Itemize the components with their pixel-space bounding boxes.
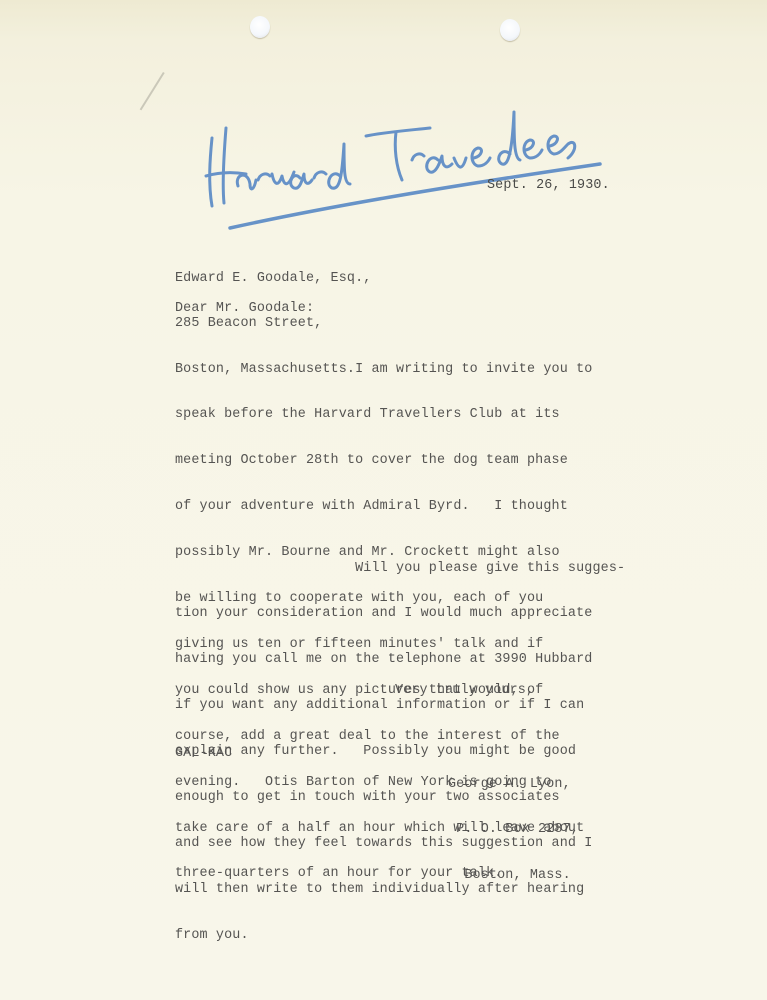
text-line: meeting October 28th to cover the dog te… — [175, 453, 592, 468]
text-line: from you. — [175, 928, 625, 943]
text-line: speak before the Harvard Travellers Club… — [175, 407, 592, 422]
letter-date: Sept. 26, 1930. — [487, 178, 610, 193]
signature-line: Boston, Mass. — [448, 868, 579, 883]
reference-initials: GAL-KAC — [175, 746, 232, 761]
complimentary-close: Very truly yours, — [395, 683, 534, 698]
punch-hole-right — [500, 19, 520, 41]
text-line: having you call me on the telephone at 3… — [175, 652, 625, 667]
address-line: Edward E. Goodale, Esq., — [175, 271, 371, 286]
punch-hole-left — [250, 16, 270, 38]
text-line: I am writing to invite you to — [175, 362, 592, 377]
letter-page: Harvard Travellers — [0, 0, 767, 1000]
handwritten-annotation: Harvard Travellers — [190, 88, 620, 238]
address-line: 285 Beacon Street, — [175, 316, 371, 331]
salutation: Dear Mr. Goodale: — [175, 301, 314, 316]
text-line: if you want any additional information o… — [175, 698, 625, 713]
text-line: of your adventure with Admiral Byrd. I t… — [175, 499, 592, 514]
signature-block: George A. Lyon, P. O. Box 2287, Boston, … — [448, 746, 579, 914]
signature-line: P. O. Box 2287, — [448, 822, 579, 837]
signature-line: George A. Lyon, — [448, 777, 579, 792]
text-line: Will you please give this sugges- — [175, 561, 625, 576]
pencil-mark — [140, 72, 165, 110]
text-line: tion your consideration and I would much… — [175, 606, 625, 621]
